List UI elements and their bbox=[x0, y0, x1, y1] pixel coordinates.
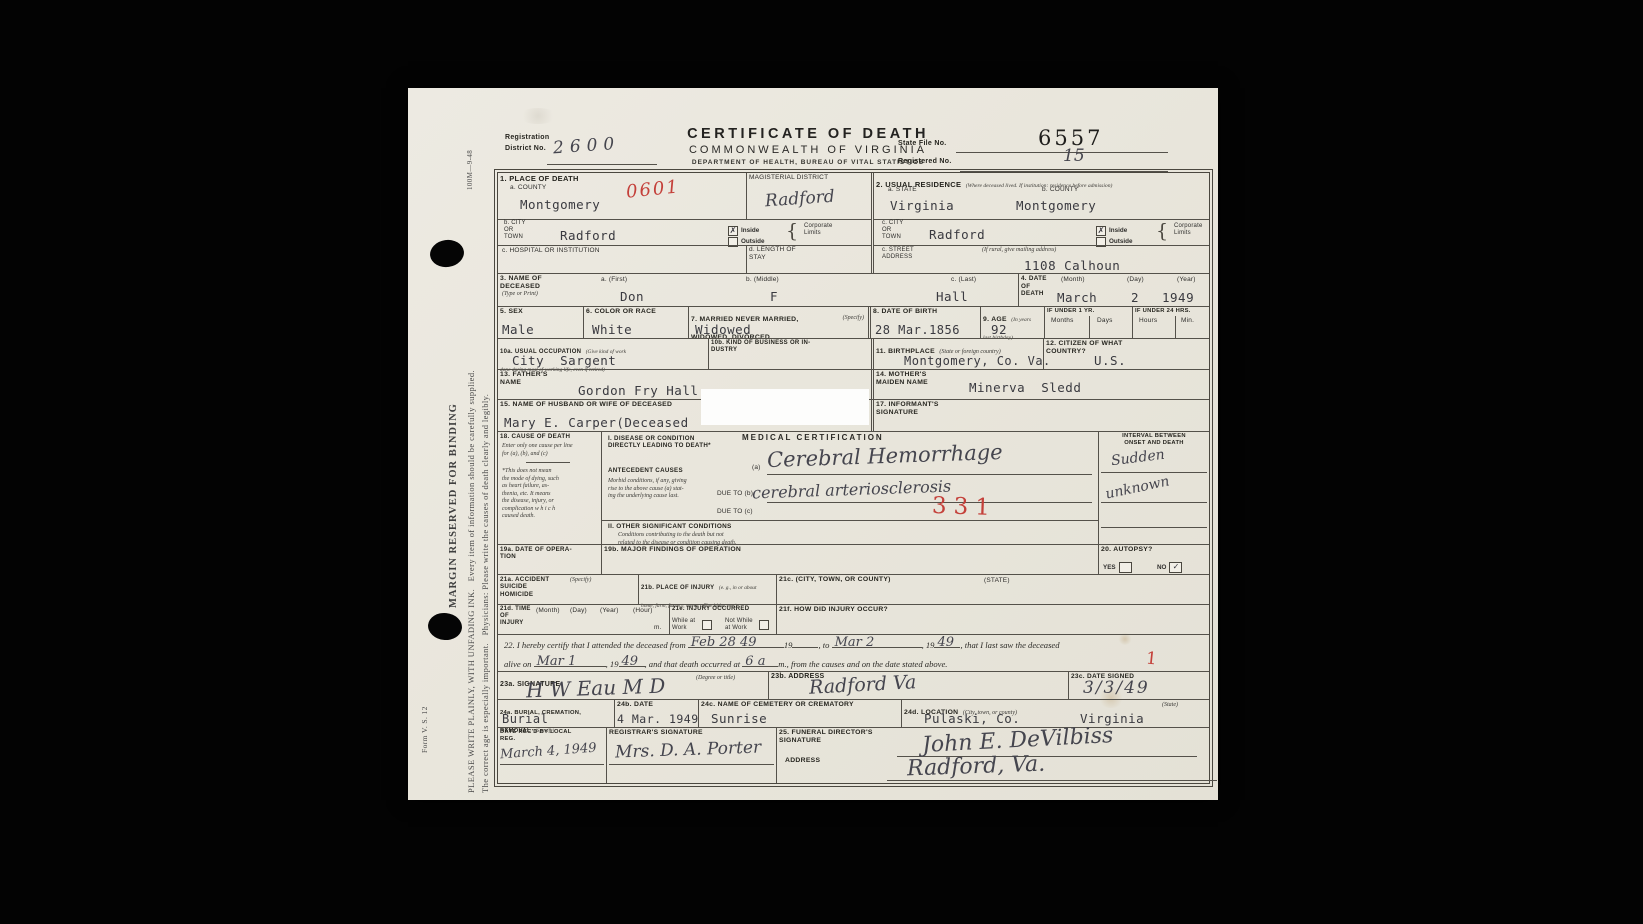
field-citizen: 12. CITIZEN OF WHAT COUNTRY? U.S. bbox=[1043, 339, 1209, 369]
printed-19: 19 bbox=[926, 640, 935, 650]
mother-value: Minerva Sledd bbox=[969, 380, 1081, 395]
business-label: 10b. KIND OF BUSINESS OR IN- DUSTRY bbox=[711, 340, 869, 354]
dod-month-label: (Month) bbox=[1061, 276, 1085, 284]
last-name-value: Hall bbox=[936, 289, 968, 304]
signature-note: (Degree or title) bbox=[696, 675, 735, 683]
not-while-at-work-row: Not While at Work bbox=[725, 616, 769, 634]
margin-instruction-2: The correct age is especially important.… bbox=[480, 103, 490, 793]
field-magisterial-district: MAGISTERIAL DISTRICT Radford bbox=[746, 173, 871, 219]
dod-day-value: 2 bbox=[1131, 290, 1139, 305]
middle-name-value: F bbox=[770, 289, 778, 304]
dob-label: 8. DATE OF BIRTH bbox=[873, 308, 978, 316]
hours-label: Hours bbox=[1139, 317, 1157, 325]
hospital-label: c. HOSPITAL OR INSTITUTION bbox=[502, 247, 600, 255]
while-at-work-row: While at Work bbox=[672, 616, 712, 634]
injury-m-label: m. bbox=[654, 624, 662, 632]
certify-part4: alive on bbox=[504, 659, 531, 669]
date-signed-value: 3/3/49 bbox=[1083, 678, 1150, 698]
divider bbox=[1175, 316, 1176, 338]
location-value: Pulaski, Co. bbox=[924, 711, 1020, 726]
res-outside-checkbox-row: Outside bbox=[1096, 233, 1132, 251]
dod-day-label: (Day) bbox=[1127, 276, 1144, 284]
punch-hole bbox=[428, 238, 465, 269]
field-occupation: 10a. USUAL OCCUPATION (Give kind of work… bbox=[498, 339, 708, 369]
burial-date-value: 4 Mar. 1949 bbox=[617, 712, 699, 726]
certify-line-1: 22. I hereby certify that I attended the… bbox=[504, 638, 1203, 650]
rule bbox=[498, 219, 871, 220]
funeral-address-value: Radford, Va. bbox=[907, 752, 1046, 782]
field-accident-suicide: 21a. ACCIDENT SUICIDE HOMICIDE (Specify) bbox=[498, 575, 638, 604]
dob-value: 28 Mar.1856 bbox=[875, 323, 960, 337]
registered-value: 15 bbox=[1063, 146, 1085, 166]
injury-occurred-label: 21e. INJURY OCCURRED bbox=[672, 606, 774, 613]
field-burial-type: 24a. BURIAL, CREMATION, REMOVAL (Specify… bbox=[498, 700, 614, 727]
registrar-label: REGISTRAR'S SIGNATURE bbox=[609, 729, 774, 737]
how-injury-label: 21f. HOW DID INJURY OCCUR? bbox=[779, 606, 1207, 614]
certify-to-value: Mar 2 bbox=[835, 635, 875, 650]
major-findings-label: 19b. MAJOR FINDINGS OF OPERATION bbox=[604, 546, 1096, 554]
redaction-box bbox=[701, 389, 869, 425]
field-burial-date: 24b. DATE 4 Mar. 1949 bbox=[614, 700, 698, 727]
certify-part5: , and that death occurred at bbox=[645, 659, 741, 669]
field-injury-city: 21c. (CITY, TOWN, OR COUNTY) (STATE) bbox=[776, 575, 1209, 604]
residence-county-value: Montgomery bbox=[1016, 198, 1096, 213]
field-marital-status: 7. MARRIED NEVER MARRIED, WIDOWED, DIVOR… bbox=[688, 307, 868, 338]
under-24hrs-label: IF UNDER 24 HRS. bbox=[1135, 308, 1207, 315]
field-place-of-death: 1. PLACE OF DEATH a. COUNTY Montgomery 0… bbox=[498, 173, 871, 273]
name-note: (Type or Print) bbox=[502, 291, 538, 299]
certify-alive-year: 49 bbox=[622, 654, 639, 669]
dod-month-value: March bbox=[1057, 290, 1097, 305]
state-label: a. STATE bbox=[888, 186, 917, 194]
middle-name-label: b. (Middle) bbox=[746, 276, 779, 284]
field-sex: 5. SEX Male bbox=[498, 307, 583, 338]
months-label: Months bbox=[1051, 317, 1074, 325]
certificate-form: 1. PLACE OF DEATH a. COUNTY Montgomery 0… bbox=[497, 172, 1210, 784]
length-of-stay-label: d. LENGTH OF STAY bbox=[749, 246, 869, 262]
row-registrar: DATE REC'D BY LOCAL REG. March 4, 1949 R… bbox=[498, 727, 1209, 783]
medical-certification-heading: MEDICAL CERTIFICATION bbox=[742, 433, 884, 442]
cause-a-line bbox=[767, 474, 1092, 475]
date-received-value: March 4, 1949 bbox=[500, 741, 597, 763]
dod-year-value: 1949 bbox=[1162, 290, 1194, 305]
state-file-underline bbox=[956, 152, 1168, 153]
street-address-label: c. STREET ADDRESS bbox=[882, 247, 914, 261]
city-town-value: Radford bbox=[560, 228, 616, 243]
form-number: Form V. S. 12 bbox=[420, 683, 429, 753]
stock-code: 100M—9-48 bbox=[466, 128, 474, 190]
field-age: 9. AGE (In years last birthday) 92 bbox=[980, 307, 1044, 338]
spouse-value: Mary E. Carper(Deceased bbox=[504, 415, 689, 430]
interval-b-value: unknown bbox=[1104, 473, 1171, 502]
field-medical-certification: MEDICAL CERTIFICATION I. DISEASE OR COND… bbox=[601, 432, 1098, 544]
state-value: Virginia bbox=[890, 198, 954, 213]
rule bbox=[526, 462, 570, 463]
field-name-of-deceased: 3. NAME OF DECEASED (Type or Print) a. (… bbox=[498, 274, 1018, 306]
autopsy-no-checkbox: ✓ bbox=[1169, 562, 1182, 573]
accident-note: (Specify) bbox=[570, 577, 591, 585]
certify-alive-blank: Mar 1 bbox=[534, 657, 606, 667]
field-registrar-signature: REGISTRAR'S SIGNATURE Mrs. D. A. Porter bbox=[606, 728, 776, 783]
other-conditions-heading: II. OTHER SIGNIFICANT CONDITIONS bbox=[608, 523, 732, 531]
autopsy-yes-checkbox bbox=[1119, 562, 1132, 573]
days-label: Days bbox=[1097, 317, 1113, 325]
divider bbox=[1089, 316, 1090, 338]
accident-label: 21a. ACCIDENT SUICIDE HOMICIDE bbox=[500, 576, 636, 598]
field-usual-residence: 2. USUAL RESIDENCE (Where deceased lived… bbox=[871, 173, 1209, 273]
min-label: Min. bbox=[1181, 317, 1194, 325]
usual-residence-note: (Where deceased lived. If institution: r… bbox=[966, 183, 1113, 189]
cause-b-line bbox=[767, 502, 1092, 503]
certify-alive-value: Mar 1 bbox=[537, 654, 577, 669]
citizen-label: 12. CITIZEN OF WHAT COUNTRY? bbox=[1046, 340, 1207, 356]
field-autopsy: 20. AUTOPSY? YES NO✓ bbox=[1098, 545, 1209, 574]
sex-value: Male bbox=[502, 322, 534, 337]
field-length-of-stay: d. LENGTH OF STAY bbox=[746, 245, 871, 273]
cause-of-death-heading: 18. CAUSE OF DEATH bbox=[500, 433, 599, 440]
field-injury-occurred: 21e. INJURY OCCURRED While at Work Not W… bbox=[669, 605, 776, 634]
certify-toyear-blank: 49 bbox=[934, 638, 960, 648]
res-corporate-limits-label: Corporate Limits bbox=[1174, 223, 1202, 237]
autopsy-no-label: NO bbox=[1157, 564, 1166, 571]
residence-city-label: c. CITY OR TOWN bbox=[882, 220, 903, 242]
dod-year-label: (Year) bbox=[1177, 276, 1196, 284]
certify-from-value: Feb 28 49 bbox=[691, 635, 757, 650]
field-cemetery-name: 24c. NAME OF CEMETERY OR CREMATORY Sunri… bbox=[698, 700, 901, 727]
row-operation-autopsy: 19a. DATE OF OPERA- TION 19b. MAJOR FIND… bbox=[498, 544, 1209, 574]
disease-label: I. DISEASE OR CONDITION DIRECTLY LEADING… bbox=[608, 435, 711, 450]
injury-day-label: (Day) bbox=[570, 607, 587, 615]
field-major-findings: 19b. MAJOR FINDINGS OF OPERATION bbox=[601, 545, 1098, 574]
field-date-of-operation: 19a. DATE OF OPERA- TION bbox=[498, 545, 601, 574]
interval-line-a bbox=[1101, 472, 1207, 473]
registered-label: Registered No. bbox=[898, 158, 952, 166]
cemetery-value: Sunrise bbox=[711, 711, 767, 726]
magisterial-value: Radford bbox=[764, 187, 835, 212]
brace: { bbox=[786, 220, 798, 242]
first-name-label: a. (First) bbox=[601, 276, 627, 284]
color-race-value: White bbox=[592, 322, 632, 337]
age-value: 92 bbox=[991, 322, 1007, 337]
red-tally-mark: 1 bbox=[1145, 648, 1158, 669]
certify-to-word: , to bbox=[818, 640, 829, 650]
certify-part1: 22. I hereby certify that I attended the… bbox=[504, 640, 686, 650]
field-date-of-death: 4. DATE OF DEATH (Month) (Day) (Year) Ma… bbox=[1018, 274, 1209, 306]
row-occupation: 10a. USUAL OCCUPATION (Give kind of work… bbox=[498, 338, 1209, 369]
field-certify-statement: 22. I hereby certify that I attended the… bbox=[498, 635, 1209, 671]
marital-note: (Specify) bbox=[843, 315, 864, 323]
interval-line-b bbox=[1101, 502, 1207, 503]
printed-19: 19 bbox=[784, 640, 793, 650]
antecedent-label: ANTECEDENT CAUSES bbox=[608, 467, 683, 474]
informant-label: 17. INFORMANT'S SIGNATURE bbox=[876, 401, 1207, 417]
brace: { bbox=[1156, 220, 1168, 242]
injury-year-label: (Year) bbox=[600, 607, 619, 615]
location-state-label: (State) bbox=[1162, 702, 1178, 710]
sex-label: 5. SEX bbox=[500, 308, 581, 316]
row-sex-race: 5. SEX Male 6. COLOR OR RACE White 7. MA… bbox=[498, 306, 1209, 338]
certify-to-year: 49 bbox=[937, 635, 954, 650]
cause-code-stamp: 331 bbox=[932, 493, 998, 521]
first-name-value: Don bbox=[620, 289, 644, 304]
row-injury-time: 21d. TIME OF INJURY (Month) (Day) (Year)… bbox=[498, 604, 1209, 634]
field-cemetery-location: 24d. LOCATION (City, town, or county) (S… bbox=[901, 700, 1209, 727]
registrar-signature-value: Mrs. D. A. Porter bbox=[615, 737, 762, 762]
physician-address-value: Radford Va bbox=[808, 671, 916, 699]
not-while-at-work-label: Not While at Work bbox=[725, 618, 753, 632]
interval-heading: INTERVAL BETWEEN ONSET AND DEATH bbox=[1101, 433, 1207, 447]
field-birthplace: 11. BIRTHPLACE (State or foreign country… bbox=[871, 339, 1043, 369]
street-address-note: (If rural, give mailing address) bbox=[982, 247, 1056, 255]
field-physician-signature: 23a. SIGNATURE (Degree or title) H W Eau… bbox=[498, 672, 768, 699]
certify-part3: , that I last saw the deceased bbox=[960, 640, 1059, 650]
cause-a-value: Cerebral Hemorrhage bbox=[767, 440, 1003, 472]
page-title: CERTIFICATE OF DEATH bbox=[608, 126, 1008, 142]
certify-line-2: alive on Mar 1, 1949, and that death occ… bbox=[504, 657, 1203, 669]
scan-background: MARGIN RESERVED FOR BINDING PLEASE WRITE… bbox=[0, 0, 1643, 924]
rule bbox=[874, 245, 1209, 246]
field-date-signed: 23c. DATE SIGNED 3/3/49 bbox=[1068, 672, 1209, 699]
field-place-of-injury: 21b. PLACE OF INJURY (e. g., in or about… bbox=[638, 575, 776, 604]
city-town-label: b. CITY OR TOWN bbox=[504, 220, 526, 242]
certify-hour-value: 6 a bbox=[745, 654, 765, 669]
autopsy-yes-label: YES bbox=[1103, 564, 1116, 571]
rule bbox=[500, 764, 604, 765]
row-certify-statement: 22. I hereby certify that I attended the… bbox=[498, 634, 1209, 671]
autopsy-label: 20. AUTOPSY? bbox=[1101, 546, 1207, 554]
corporate-limits-label: Corporate Limits bbox=[804, 223, 832, 237]
field-if-under-1yr: IF UNDER 1 YR. Months Days bbox=[1044, 307, 1132, 338]
row-accident: 21a. ACCIDENT SUICIDE HOMICIDE (Specify)… bbox=[498, 574, 1209, 604]
birthplace-value: Montgomery, Co. Va. bbox=[904, 354, 1051, 368]
printed-19: 19 bbox=[610, 659, 619, 669]
magisterial-label: MAGISTERIAL DISTRICT bbox=[749, 174, 869, 182]
father-value: Gordon Fry Hall bbox=[578, 383, 698, 398]
last-name-label: c. (Last) bbox=[951, 276, 976, 284]
street-address-value: 1108 Calhoun bbox=[1024, 258, 1120, 273]
certify-part6: m., from the causes and on the date stat… bbox=[778, 659, 947, 669]
field-date-of-birth: 8. DATE OF BIRTH 28 Mar.1856 bbox=[868, 307, 980, 338]
place-of-injury-label: 21b. PLACE OF INJURY bbox=[641, 585, 714, 591]
commonwealth-subtitle: COMMONWEALTH OF VIRGINIA bbox=[608, 144, 1008, 156]
field-color-race: 6. COLOR OR RACE White bbox=[583, 307, 688, 338]
certificate-paper: MARGIN RESERVED FOR BINDING PLEASE WRITE… bbox=[408, 88, 1218, 800]
physician-signature-value: H W Eau M D bbox=[526, 674, 666, 703]
field-business-industry: 10b. KIND OF BUSINESS OR IN- DUSTRY bbox=[708, 339, 871, 369]
field-if-under-24hrs: IF UNDER 24 HRS. Hours Min. bbox=[1132, 307, 1209, 338]
citizen-value: U.S. bbox=[1094, 353, 1126, 368]
field-cause-of-death-notes: 18. CAUSE OF DEATH Enter only one cause … bbox=[498, 432, 601, 544]
injury-state-label: (STATE) bbox=[984, 577, 1010, 585]
injury-month-label: (Month) bbox=[536, 607, 560, 615]
residence-county-label: b. COUNTY bbox=[1042, 186, 1078, 194]
residence-city-value: Radford bbox=[929, 227, 985, 242]
field-informant-signature: 17. INFORMANT'S SIGNATURE bbox=[871, 400, 1209, 431]
due-to-b-label: DUE TO (b) bbox=[717, 490, 753, 498]
field-interval-onset-death: INTERVAL BETWEEN ONSET AND DEATH Sudden … bbox=[1098, 432, 1209, 544]
district-code-stamp: 0601 bbox=[625, 176, 681, 203]
field-funeral-director: 25. FUNERAL DIRECTOR'S SIGNATURE ADDRESS… bbox=[776, 728, 1209, 783]
under-1yr-label: IF UNDER 1 YR. bbox=[1047, 308, 1130, 315]
while-at-work-label: While at Work bbox=[672, 618, 695, 632]
certify-from-blank: Feb 28 49 bbox=[688, 638, 784, 648]
cause-note-2: *This does not mean the mode of dying, s… bbox=[502, 468, 559, 521]
morbid-note: Morbid conditions, if any, giving rise t… bbox=[608, 478, 687, 501]
interval-line-c bbox=[1101, 527, 1207, 528]
burial-date-label: 24b. DATE bbox=[617, 701, 696, 709]
county-value: Montgomery bbox=[520, 197, 600, 212]
margin-binding-notice: MARGIN RESERVED FOR BINDING bbox=[448, 328, 459, 608]
field-physician-address: 23b. ADDRESS Radford Va bbox=[768, 672, 1068, 699]
cause-b-value: cerebral arteriosclerosis bbox=[752, 477, 952, 503]
color-race-label: 6. COLOR OR RACE bbox=[586, 308, 686, 316]
occupation-value: City Sargent bbox=[512, 353, 616, 368]
row-place-residence: 1. PLACE OF DEATH a. COUNTY Montgomery 0… bbox=[498, 173, 1209, 273]
margin-instruction-1: PLEASE WRITE PLAINLY, WITH UNFADING INK.… bbox=[466, 103, 476, 793]
field-time-of-injury: 21d. TIME OF INJURY (Month) (Day) (Year)… bbox=[498, 605, 669, 634]
row-physician-signature: 23a. SIGNATURE (Degree or title) H W Eau… bbox=[498, 671, 1209, 699]
burial-value: Burial bbox=[502, 712, 548, 726]
not-while-at-work-checkbox bbox=[759, 620, 769, 630]
row-medical-certification: 18. CAUSE OF DEATH Enter only one cause … bbox=[498, 431, 1209, 544]
certify-hour-blank: 6 a bbox=[742, 657, 778, 667]
cemetery-label: 24c. NAME OF CEMETERY OR CREMATORY bbox=[701, 701, 899, 709]
field-how-injury-occurred: 21f. HOW DID INJURY OCCUR? bbox=[776, 605, 1209, 634]
while-at-work-checkbox bbox=[702, 620, 712, 630]
county-label: a. COUNTY bbox=[510, 184, 546, 192]
rule bbox=[602, 520, 1098, 521]
date-of-operation-label: 19a. DATE OF OPERA- TION bbox=[500, 546, 599, 561]
registration-district-block: Registration District No. 2600 bbox=[505, 134, 625, 154]
interval-a-value: Sudden bbox=[1110, 447, 1165, 469]
field-mother-name: 14. MOTHER'S MAIDEN NAME Minerva Sledd bbox=[871, 370, 1209, 399]
certify-to-blank: Mar 2 bbox=[832, 638, 922, 648]
marital-value: Widowed bbox=[695, 322, 751, 337]
cause-note-1: Enter only one cause per line for (a), (… bbox=[502, 443, 572, 458]
certify-aliveyear-blank: 49 bbox=[619, 657, 645, 667]
funeral-address-label: ADDRESS bbox=[785, 757, 820, 765]
row-name-date: 3. NAME OF DECEASED (Type or Print) a. (… bbox=[498, 273, 1209, 306]
injury-hour-label: (Hour) bbox=[633, 607, 653, 615]
state-file-label: State File No. bbox=[898, 140, 947, 148]
certify-blank bbox=[792, 638, 818, 648]
field-date-received: DATE REC'D BY LOCAL REG. March 4, 1949 bbox=[498, 728, 606, 783]
paper-stain bbox=[518, 108, 558, 124]
punch-hole bbox=[427, 611, 464, 641]
rule bbox=[609, 764, 774, 765]
due-to-c-label: DUE TO (c) bbox=[717, 508, 753, 516]
cause-a-label: (a) bbox=[752, 464, 761, 472]
